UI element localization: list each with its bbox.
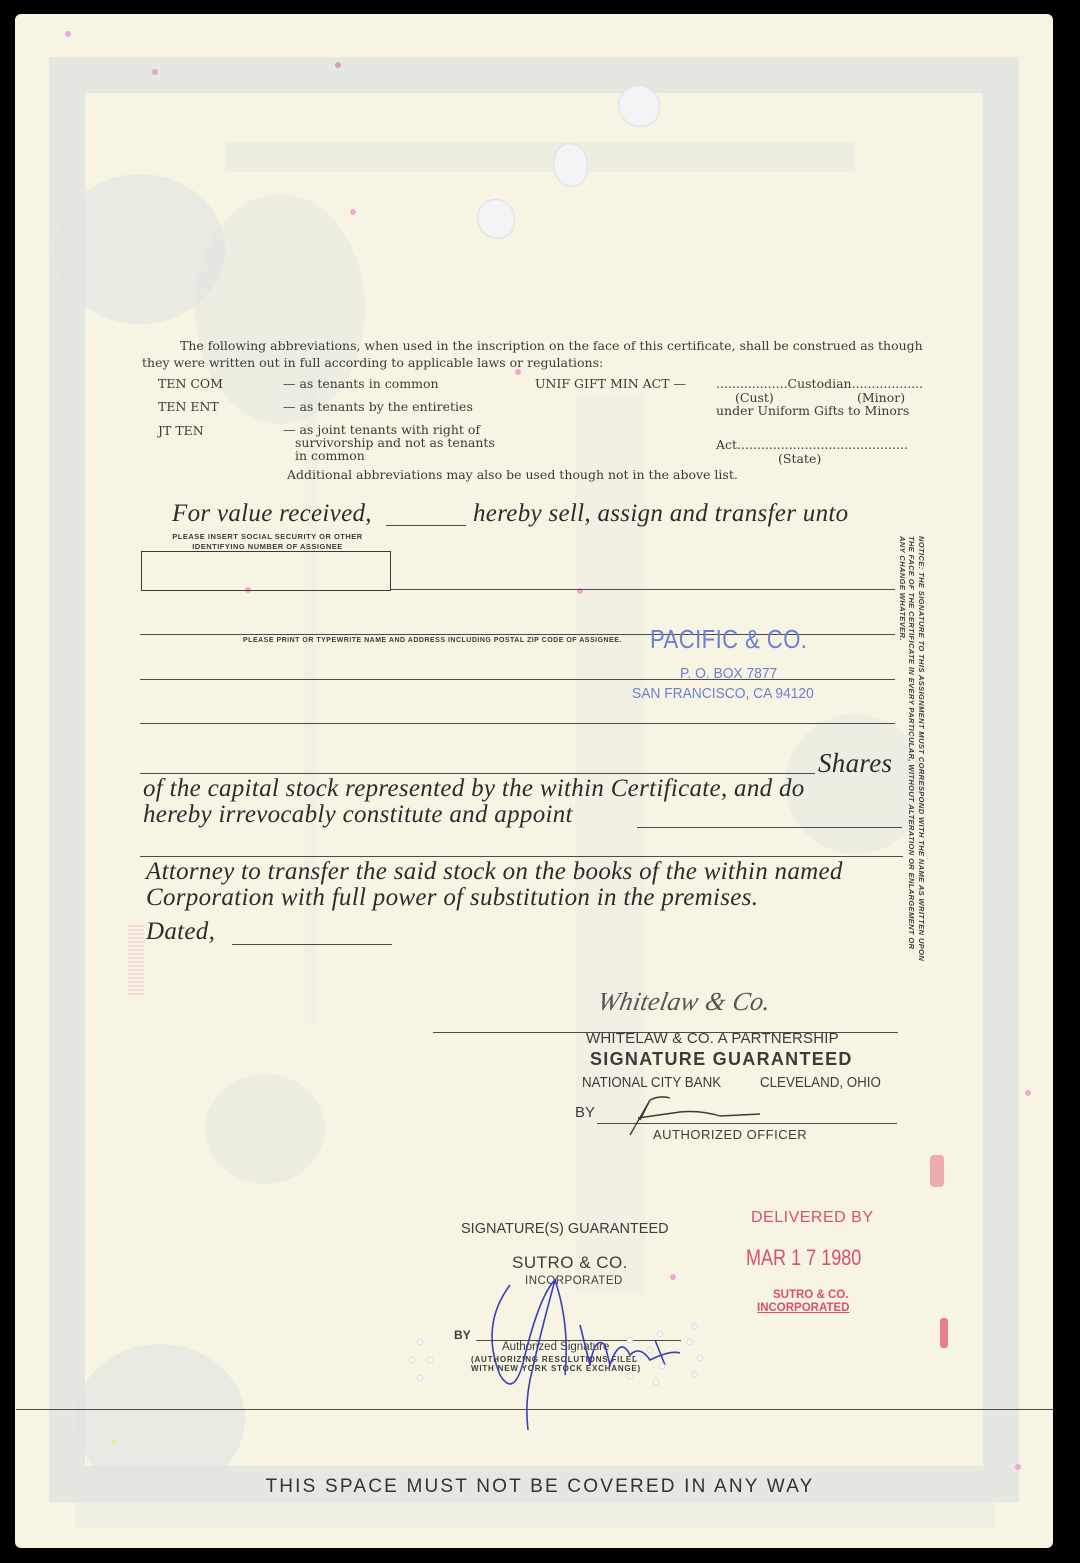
assignee-line-3[interactable] [140, 679, 895, 680]
show-through-band [575, 394, 645, 1294]
corporation-text: Corporation with full power of substitut… [146, 884, 758, 912]
signatures-guaranteed-title: SIGNATURE(S) GUARANTEED [461, 1221, 669, 1237]
signature-notice: NOTICE: THE SIGNATURE TO THIS ASSIGNMENT… [898, 536, 927, 966]
abbr-meaning-ten-ent: — as tenants by the entireties [283, 399, 473, 414]
show-through-red-number [128, 925, 144, 995]
delivered-by-label: DELIVERED BY [751, 1209, 873, 1227]
attorney-name-line-2[interactable] [140, 856, 903, 857]
ssn-label: PLEASE INSERT SOCIAL SECURITY OR OTHER I… [140, 532, 395, 552]
signature-guaranteed-stamp: SIGNATURE GUARANTEED [590, 1049, 853, 1070]
abbr-meaning-ten-com: — as tenants in common [283, 376, 439, 391]
paper-fleck [1015, 1464, 1021, 1470]
state-label: (State) [778, 451, 821, 466]
bank-name: NATIONAL CITY BANK [582, 1075, 721, 1091]
abbreviations-intro: The following abbreviations, when used i… [142, 337, 942, 371]
act-line: Act.....................................… [716, 437, 908, 452]
delivered-date: MAR 1 7 1980 [746, 1245, 861, 1271]
assignee-line-1[interactable] [390, 589, 895, 590]
paper-fleck [1025, 1090, 1031, 1096]
assignee-line-4[interactable] [140, 723, 895, 724]
abbr-code-ten-ent: TEN ENT [158, 399, 219, 414]
shares-count-line[interactable] [140, 773, 815, 774]
abbreviations-intro-line2: they were written out in full according … [142, 354, 942, 371]
attorney-name-line[interactable] [637, 827, 902, 828]
assignor-blank-line [386, 525, 466, 526]
uniform-gifts-line: under Uniform Gifts to Minors [716, 403, 909, 418]
show-through-band [225, 142, 855, 172]
perforated-cancellation [400, 1320, 720, 1400]
bank-location: CLEVELAND, OHIO [760, 1075, 881, 1091]
show-through-vignette [205, 1074, 325, 1184]
unif-gift-label: UNIF GIFT MIN ACT — [535, 376, 686, 391]
assignee-stamp-name: PACIFIC & CO. [650, 624, 807, 655]
punch-hole [477, 199, 515, 239]
ssn-input-box[interactable] [141, 551, 391, 591]
whitelaw-firm-name: WHITELAW & CO. A PARTNERSHIP [586, 1030, 839, 1047]
abbr-code-jt-ten: JT TEN [158, 423, 204, 438]
hereby-appoint-text: hereby irrevocably constitute and appoin… [143, 801, 573, 829]
for-value-received: For value received, [172, 500, 372, 528]
abbr-code-ten-com: TEN COM [158, 376, 223, 391]
detach-line [16, 1409, 1053, 1410]
by-label-bank: BY [575, 1104, 595, 1121]
red-ink-smudge [940, 1318, 948, 1348]
date-line[interactable] [232, 944, 392, 945]
custodian-line: ..................Custodian.............… [716, 376, 923, 391]
attorney-text: Attorney to transfer the said stock on t… [146, 858, 843, 886]
paper-fleck [152, 69, 158, 75]
paper-fleck [65, 31, 71, 37]
show-through-vignette [75, 1344, 245, 1494]
capital-stock-text: of the capital stock represented by the … [143, 775, 805, 803]
additional-abbreviations-note: Additional abbreviations may also be use… [287, 467, 738, 482]
punch-hole [553, 143, 588, 187]
paper-fleck [110, 1438, 116, 1444]
paper-fleck [335, 62, 341, 68]
shares-label: Shares [818, 748, 892, 779]
abbreviations-intro-line1: The following abbreviations, when used i… [142, 337, 942, 354]
authorized-officer-label: AUTHORIZED OFFICER [653, 1127, 807, 1142]
red-ink-smudge [930, 1155, 944, 1187]
address-label: PLEASE PRINT OR TYPEWRITE NAME AND ADDRE… [243, 637, 622, 644]
assignee-stamp-city: SAN FRANCISCO, CA 94120 [632, 685, 814, 702]
ssn-label-line1: PLEASE INSERT SOCIAL SECURITY OR OTHER [140, 532, 395, 542]
punch-hole [618, 85, 660, 127]
do-not-cover-warning: THIS SPACE MUST NOT BE COVERED IN ANY WA… [0, 1476, 1080, 1498]
whitelaw-handwritten-signature: Whitelaw & Co. [595, 987, 773, 1017]
delivered-incorporated: INCORPORATED [757, 1302, 849, 1314]
assignee-stamp-pobox: P. O. BOX 7877 [680, 665, 777, 682]
abbr-meaning-jt-ten: — as joint tenants with right of survivo… [283, 423, 495, 462]
abbr-meaning-jt-ten-line3: in common [283, 449, 495, 462]
delivered-firm: SUTRO & CO. [773, 1289, 848, 1301]
paper-fleck [350, 209, 356, 215]
dated-label: Dated, [146, 918, 215, 946]
hereby-sell-text: hereby sell, assign and transfer unto [473, 500, 848, 528]
